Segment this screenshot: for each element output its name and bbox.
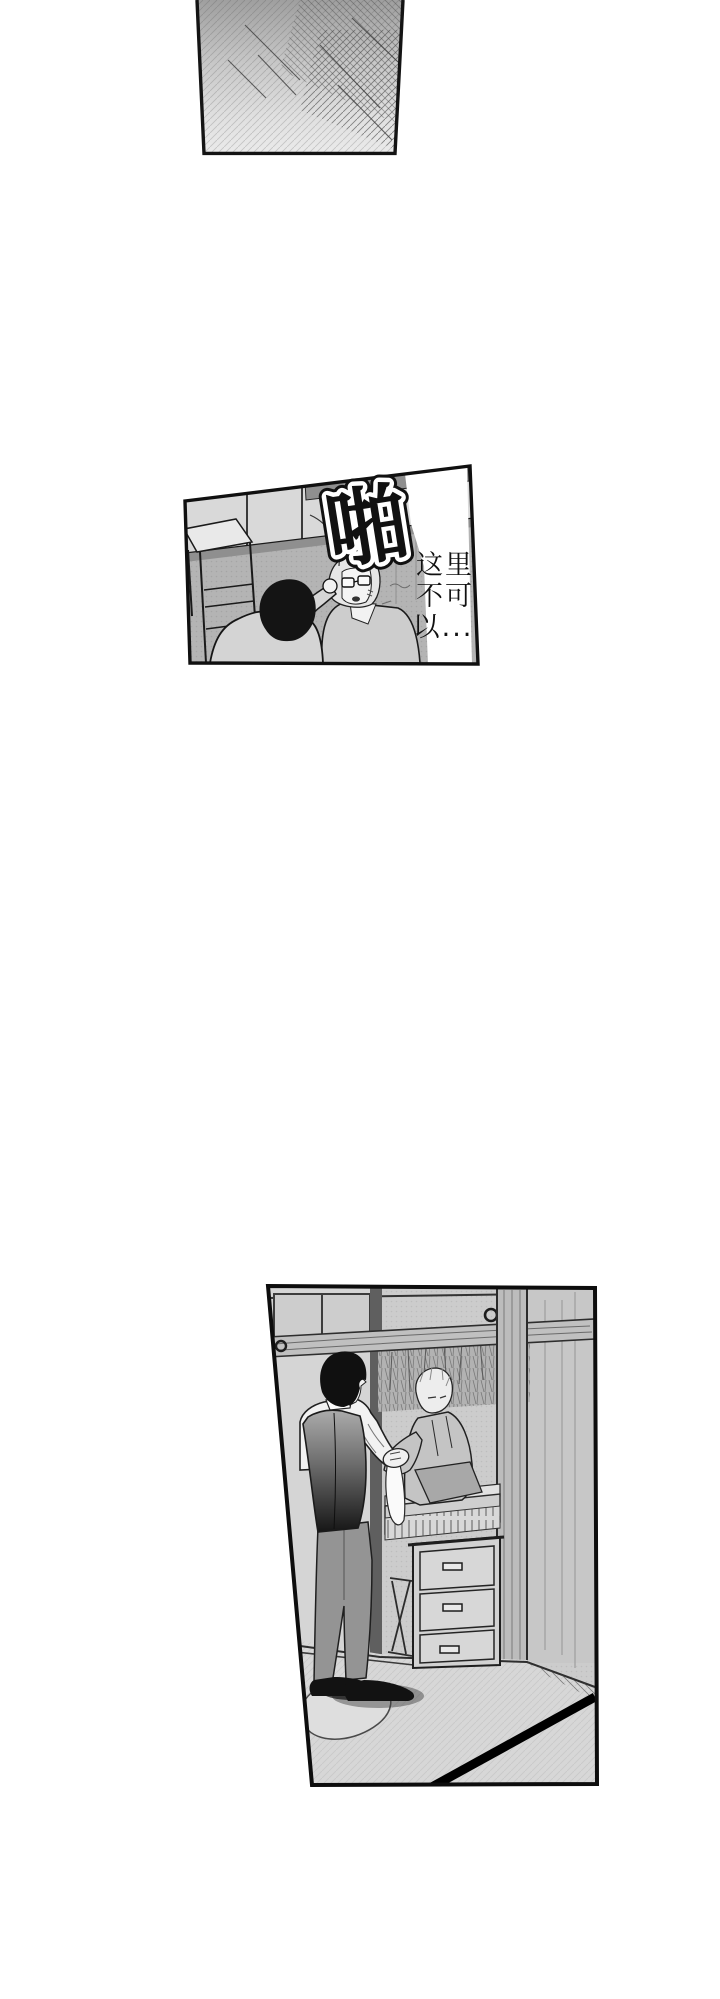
top-panel-art bbox=[190, 0, 410, 160]
manga-artwork: 这里 不可 以... 啪 啪 bbox=[0, 0, 720, 1999]
bottom-panel bbox=[265, 1283, 600, 1788]
speech-line-1: 这里 bbox=[416, 550, 474, 581]
wooden-post bbox=[497, 1286, 527, 1666]
blond-head bbox=[416, 1368, 453, 1413]
bottom-panel-art bbox=[265, 1283, 600, 1788]
speech-line-3: 以... bbox=[413, 612, 474, 643]
sfx-text: 啪 啪 bbox=[319, 472, 417, 582]
blond-man-mouth bbox=[352, 596, 360, 601]
top-panel bbox=[190, 0, 410, 160]
sfx-glyph: 啪 bbox=[319, 472, 417, 582]
drawer-handle-1 bbox=[443, 1563, 462, 1570]
manga-page: 这里 不可 以... 啪 啪 bbox=[0, 0, 720, 1999]
middle-panel: 这里 不可 以... 啪 啪 bbox=[183, 460, 483, 670]
drawer-handle-2 bbox=[443, 1604, 462, 1611]
speech-text: 这里 不可 以... bbox=[413, 550, 474, 643]
speech-line-2: 不可 bbox=[416, 581, 474, 612]
drawer-handle-3 bbox=[440, 1646, 459, 1653]
chest-of-drawers bbox=[408, 1537, 504, 1668]
